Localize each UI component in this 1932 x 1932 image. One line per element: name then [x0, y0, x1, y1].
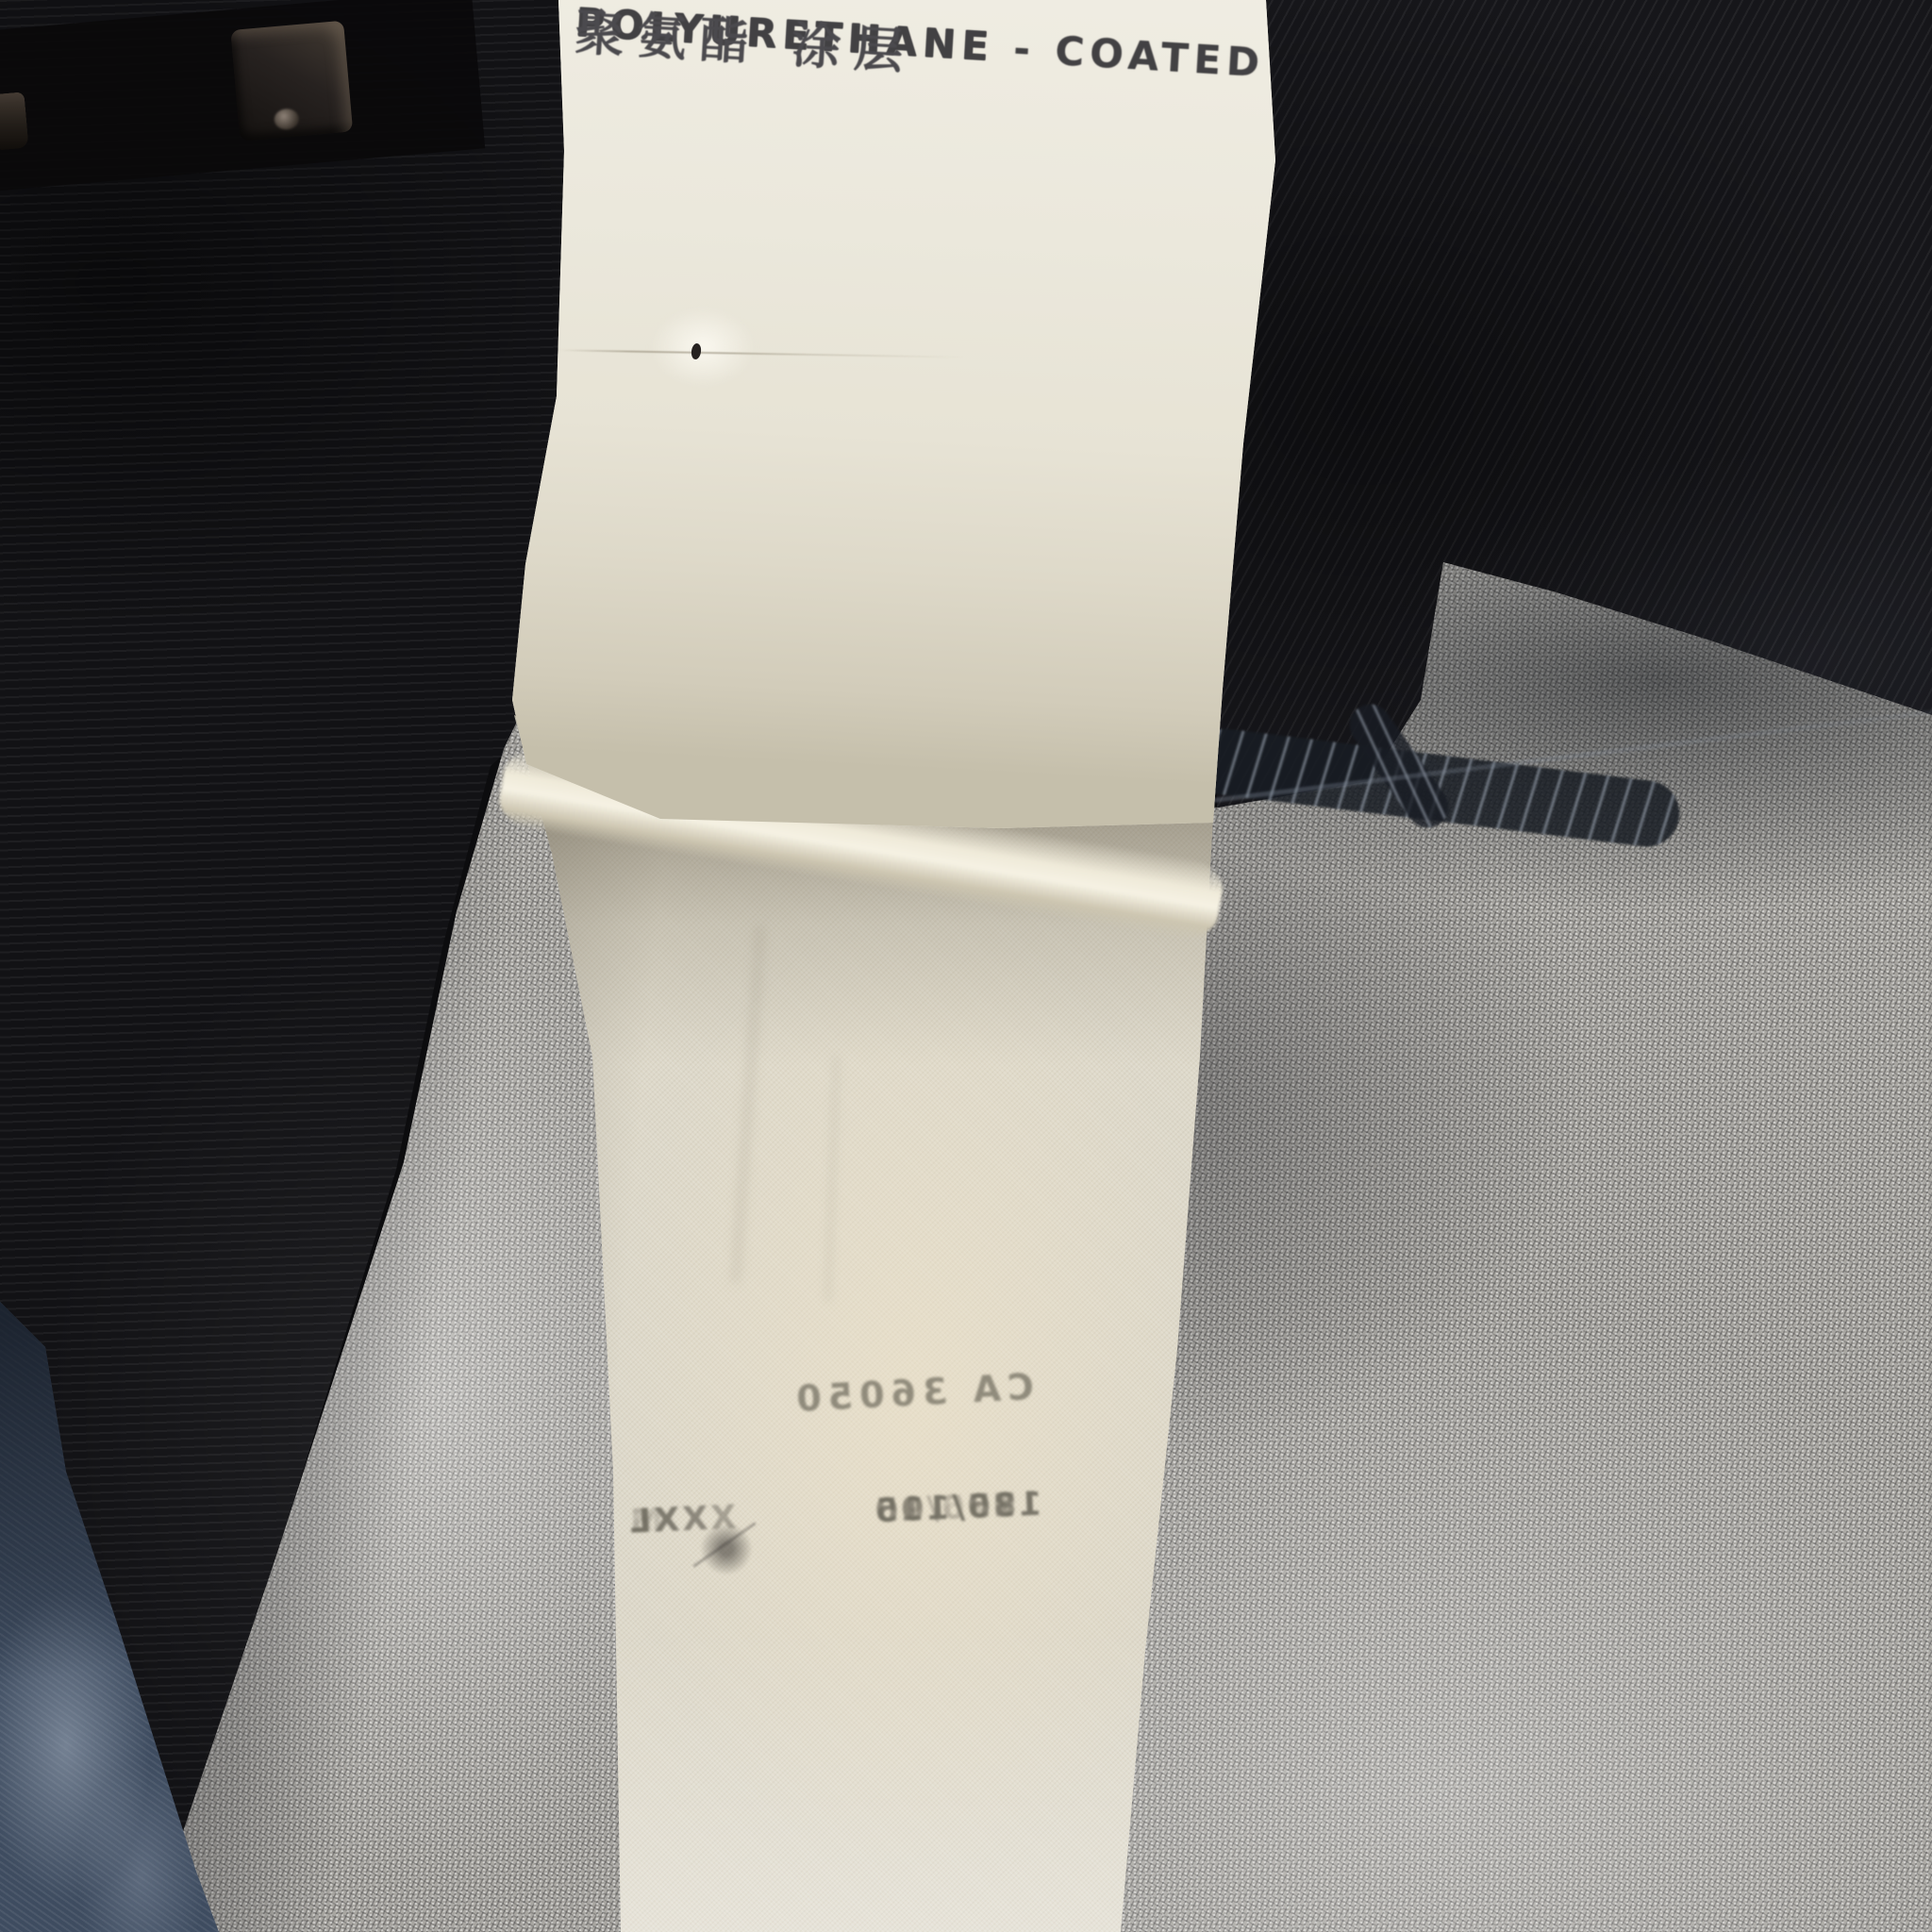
label-crease	[825, 1057, 838, 1302]
care-label-photo: CA 36050 XXXL 190/115 XXL 185/110 XL 180…	[0, 0, 1932, 1932]
pinhole-crease	[558, 349, 964, 358]
showthrough-size-chart: XXXL 190/115 XXL 185/110 XL 180/105 L 17…	[626, 1481, 1135, 1504]
label-crease	[733, 924, 763, 1282]
mirrored-text: CA 36050	[789, 1366, 1035, 1420]
zipper-tooth	[0, 100, 28, 150]
pinhole-highlight	[651, 308, 755, 387]
showthrough-registration-code: CA 36050	[789, 1361, 1128, 1379]
size-chart-row: S 165/90	[626, 1504, 629, 1566]
